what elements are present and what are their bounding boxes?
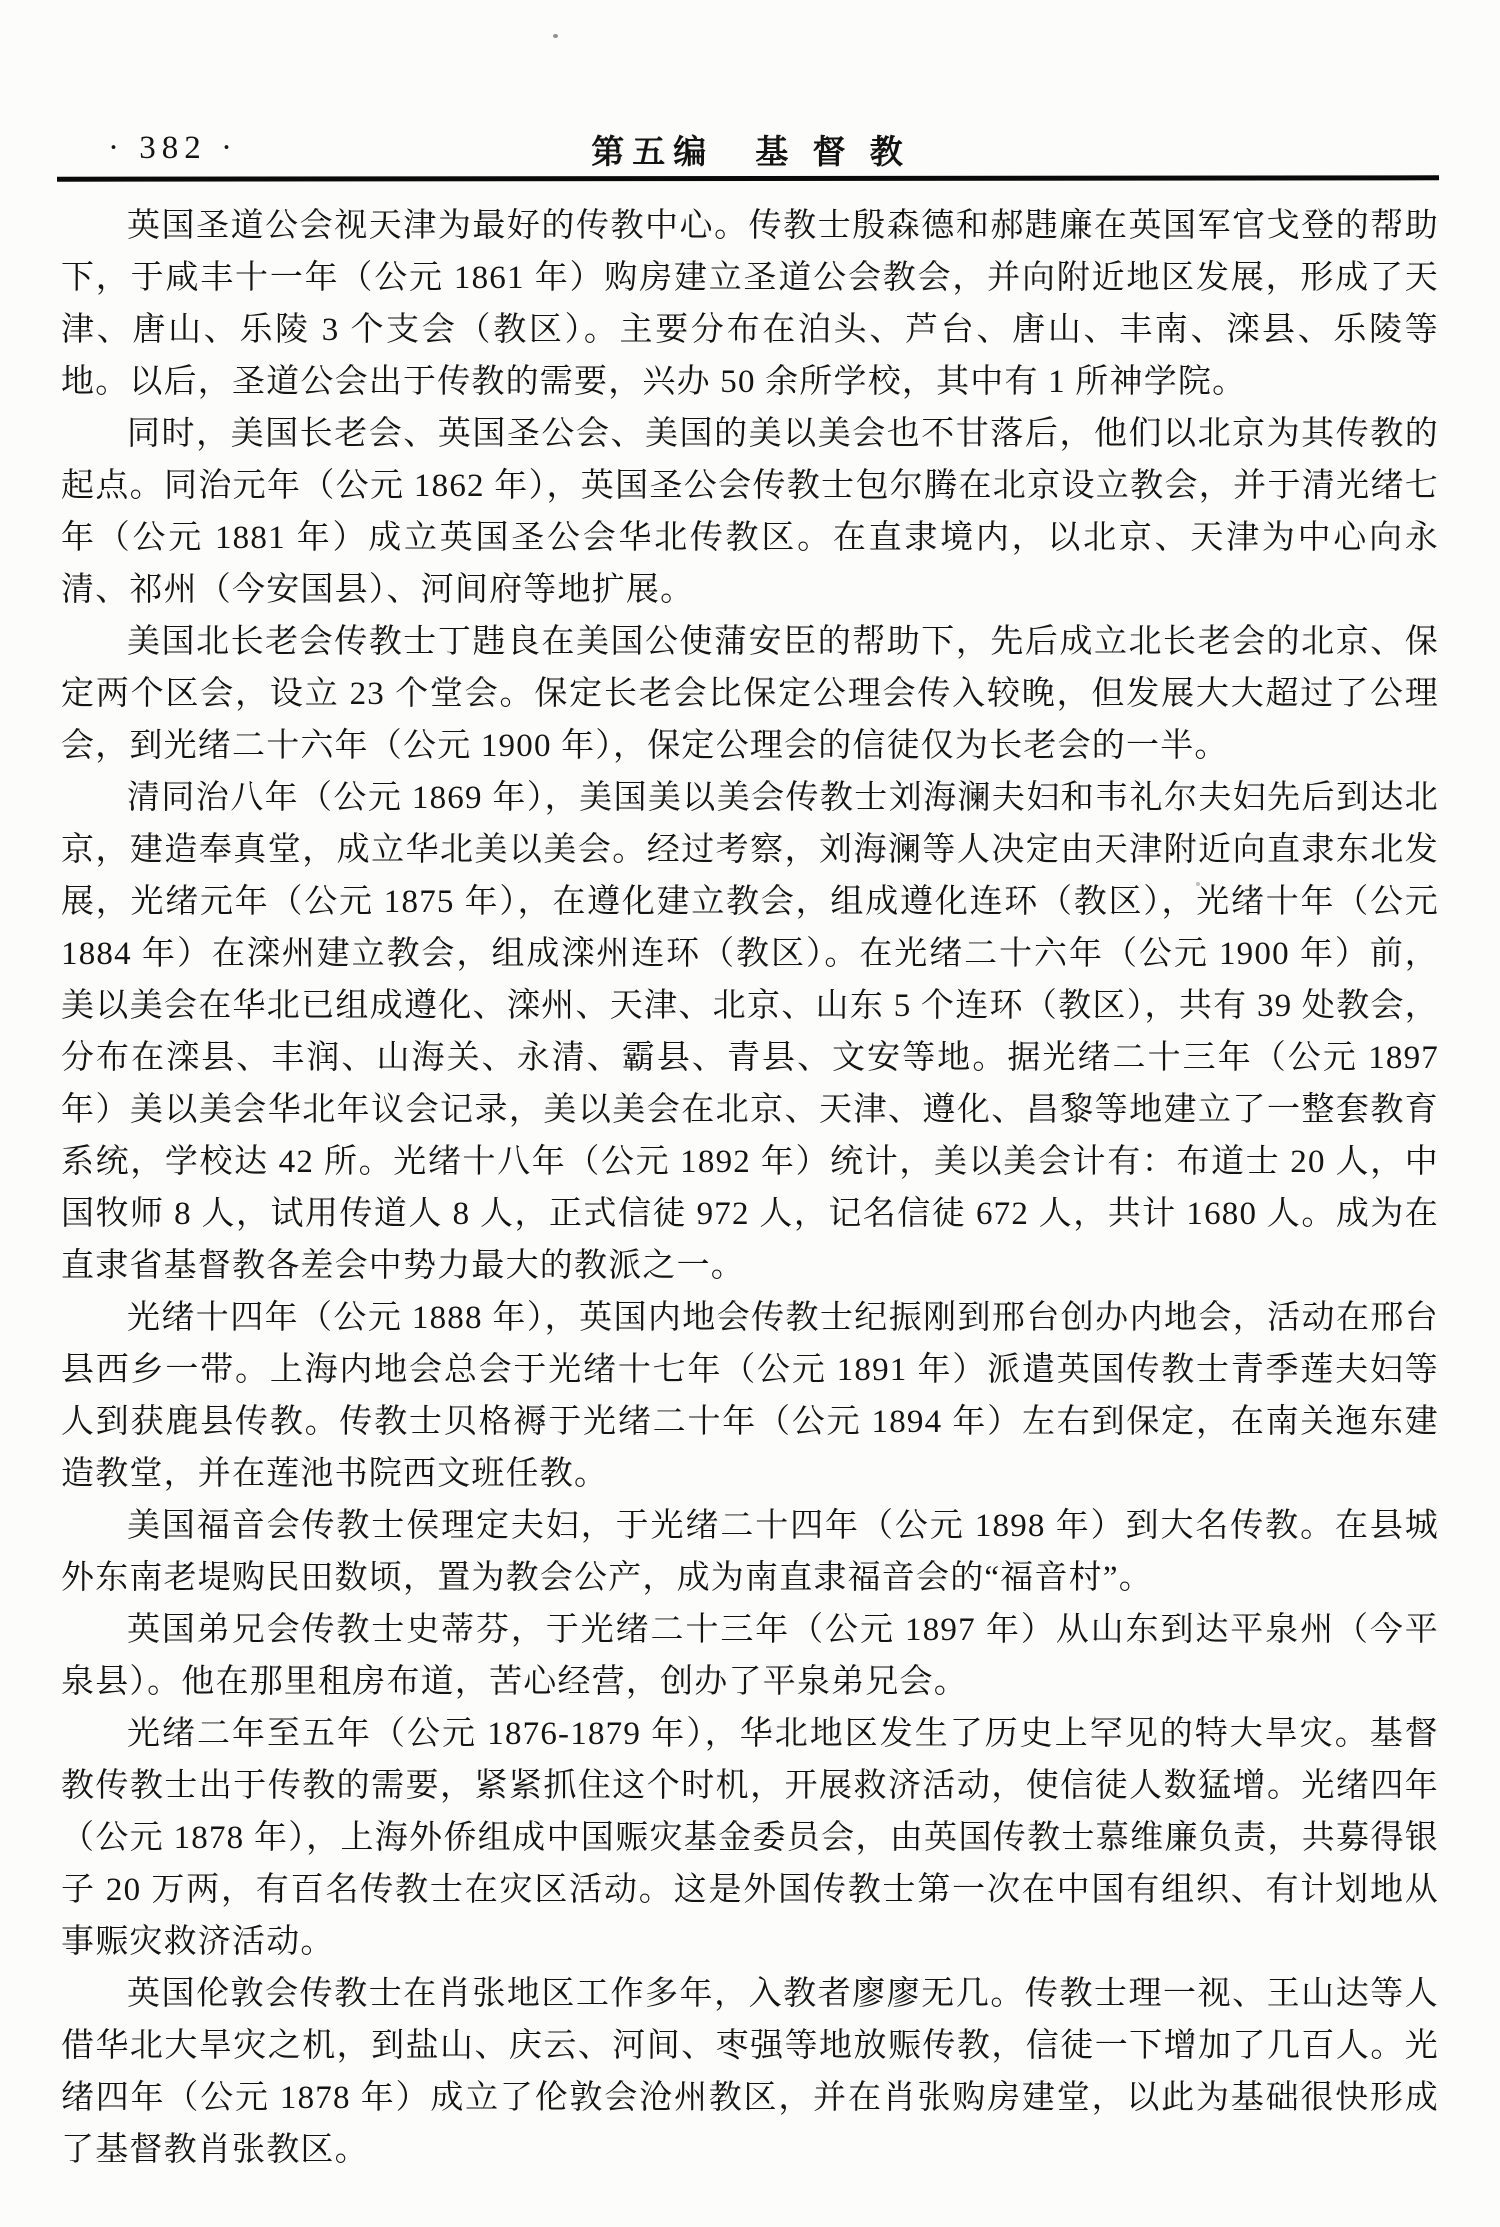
paragraph-china-inland-mission: 光绪十四年（公元 1888 年），英国内地会传教士纪振刚到邢台创办内地会，活动在… (61, 1292, 1439, 1500)
paragraph-anglican-beijing: 同时，美国长老会、英国圣公会、美国的美以美会也不甘落后，他们以北京为其传教的起点… (61, 408, 1439, 616)
page-body: 英国圣道公会视天津为最好的传教中心。传教士殷森德和郝韪廉在英国军官戈登的帮助下，… (61, 200, 1439, 2176)
book-page: · 382 · 第五编 基 督 教 英国圣道公会视天津为最好的传教中心。传教士殷… (0, 0, 1500, 2227)
paragraph-london-mission-xiaozhang: 英国伦敦会传教士在肖张地区工作多年，入教者廖廖无几。传教士理一视、王山达等人借华… (61, 1968, 1439, 2176)
page-header: · 382 · 第五编 基 督 教 (62, 120, 1440, 172)
paragraph-methodist-north-china: 清同治八年（公元 1869 年），美国美以美会传教士刘海澜夫妇和韦礼尔夫妇先后到… (61, 772, 1439, 1292)
paragraph-famine-relief: 光绪二年至五年（公元 1876-1879 年），华北地区发生了历史上罕见的特大旱… (61, 1708, 1439, 1968)
running-head-title: 第五编 基 督 教 (62, 126, 1440, 173)
scan-speck (553, 34, 558, 38)
paragraph-north-presbyterian: 美国北长老会传教士丁韪良在美国公使蒲安臣的帮助下，先后成立北长老会的北京、保定两… (61, 616, 1439, 772)
paragraph-shengdao-tianjin: 英国圣道公会视天津为最好的传教中心。传教士殷森德和郝韪廉在英国军官戈登的帮助下，… (61, 200, 1439, 408)
paragraph-gospel-mission-daming: 美国福音会传教士侯理定夫妇，于光绪二十四年（公元 1898 年）到大名传教。在县… (61, 1500, 1439, 1604)
paragraph-brethren-pingquan: 英国弟兄会传教士史蒂芬，于光绪二十三年（公元 1897 年）从山东到达平泉州（今… (61, 1604, 1439, 1708)
header-rule (57, 175, 1439, 181)
